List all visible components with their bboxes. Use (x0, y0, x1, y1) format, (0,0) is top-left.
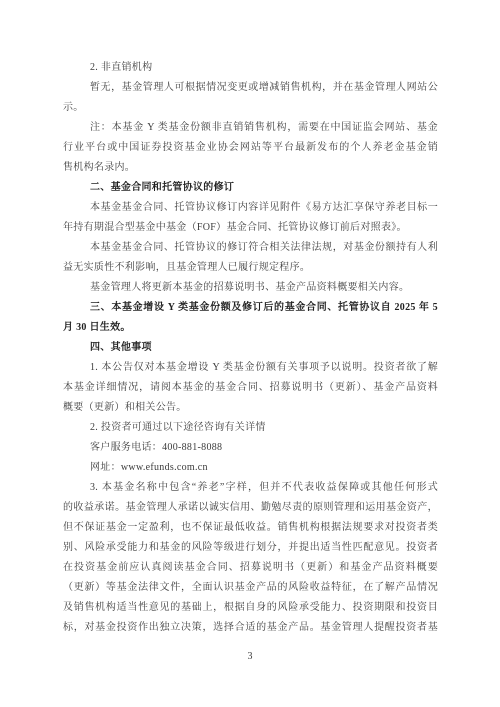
document-page: 2. 非直销机构暂无，基金管理人可根据情况变更或增减销售机构，并在基金管理人网站… (0, 0, 500, 707)
para-prospectus-update: 基金管理人将更新本基金的招募说明书、基金产品资料概要相关内容。 (63, 278, 438, 298)
text-line: 行业平台或中国证券投资基金业协会网站等平台最新发布的个人养老金基金销 (63, 138, 438, 158)
text-line: 别、风险承受能力和基金的风险等级进行划分，并提出适当性匹配意见。投资者 (63, 538, 438, 558)
text-line: 二、基金合同和托管协议的修订 (63, 178, 438, 198)
para-other-1-scope: 1. 本公告仅对本基金增设 Y 类基金份额有关事项予以说明。投资者欲了解本基金详… (63, 358, 438, 418)
text-line: 的收益承诺。基金管理人承诺以诚实信用、勤勉尽责的原则管理和运用基金资产， (63, 498, 438, 518)
para-other-3-risk-disclosure: 3. 本基金名称中包含“养老”字样，但并不代表收益保障或其他任何形式的收益承诺。… (63, 478, 438, 638)
section-4-heading-other-matters: 四、其他事项 (63, 338, 438, 358)
text-line: 概要（更新）和相关公告。 (63, 398, 438, 418)
text-line: 基金管理人将更新本基金的招募说明书、基金产品资料概要相关内容。 (63, 278, 438, 298)
para-service-phone: 客户服务电话：400-881-8088 (63, 438, 438, 458)
text-line: 注：本基金 Y 类基金份额非直销销售机构，需要在中国证监会网站、基金 (63, 118, 438, 138)
para-website: 网址：www.efunds.com.cn (63, 458, 438, 478)
text-line: 四、其他事项 (63, 338, 438, 358)
text-line: 2. 投资者可通过以下途径咨询有关详情 (63, 418, 438, 438)
text-line: 本基金详细情况，请阅本基金的基金合同、招募说明书（更新）、基金产品资料 (63, 378, 438, 398)
para-amendment-compliance: 本基金基金合同、托管协议的修订符合相关法律法规，对基金份额持有人利益无实质性不利… (63, 238, 438, 278)
section-2-heading-contract-amendment: 二、基金合同和托管协议的修订 (63, 178, 438, 198)
text-line: 售机构名录内。 (63, 158, 438, 178)
text-line: （更新）等基金法律文件，全面认识基金产品的风险收益特征，在了解产品情况 (63, 578, 438, 598)
para-amendment-appendix: 本基金基金合同、托管协议修订内容详见附件《易方达汇享保守养老目标一年持有期混合型… (63, 198, 438, 238)
text-line: 暂无，基金管理人可根据情况变更或增减销售机构，并在基金管理人网站公 (63, 78, 438, 98)
para-note-y-share-agencies: 注：本基金 Y 类基金份额非直销销售机构，需要在中国证监会网站、基金行业平台或中… (63, 118, 438, 178)
text-line: 网址：www.efunds.com.cn (63, 458, 438, 478)
text-line: 益无实质性不利影响，且基金管理人已履行规定程序。 (63, 258, 438, 278)
text-line: 标，对基金投资作出独立决策，选择合适的基金产品。基金管理人提醒投资者基 (63, 618, 438, 638)
text-line: 及销售机构适当性意见的基础上，根据自身的风险承受能力、投资期限和投资目 (63, 598, 438, 618)
text-line: 年持有期混合型基金中基金（FOF）基金合同、托管协议修订前后对照表》。 (63, 218, 438, 238)
text-line: 本基金基金合同、托管协议修订内容详见附件《易方达汇享保守养老目标一 (63, 198, 438, 218)
list-item-2-non-direct-sales-heading: 2. 非直销机构 (63, 58, 438, 78)
page-number: 3 (0, 650, 500, 664)
text-line: 三、本基金增设 Y 类基金份额及修订后的基金合同、托管协议自 2025 年 5 (63, 298, 438, 318)
text-line: 1. 本公告仅对本基金增设 Y 类基金份额有关事项予以说明。投资者欲了解 (63, 358, 438, 378)
text-line: 3. 本基金名称中包含“养老”字样，但并不代表收益保障或其他任何形式 (63, 478, 438, 498)
section-3-heading-effective-date: 三、本基金增设 Y 类基金份额及修订后的基金合同、托管协议自 2025 年 5月… (63, 298, 438, 338)
para-other-2-consultation: 2. 投资者可通过以下途径咨询有关详情 (63, 418, 438, 438)
text-line: 在投资基金前应认真阅读基金合同、招募说明书（更新）和基金产品资料概要 (63, 558, 438, 578)
para-no-non-direct-agency: 暂无，基金管理人可根据情况变更或增减销售机构，并在基金管理人网站公示。 (63, 78, 438, 118)
text-line: 2. 非直销机构 (63, 58, 438, 78)
text-line: 月 30 日生效。 (63, 318, 438, 338)
document-body: 2. 非直销机构暂无，基金管理人可根据情况变更或增减销售机构，并在基金管理人网站… (63, 58, 438, 638)
text-line: 本基金基金合同、托管协议的修订符合相关法律法规，对基金份额持有人利 (63, 238, 438, 258)
text-line: 客户服务电话：400-881-8088 (63, 438, 438, 458)
text-line: 但不保证基金一定盈利，也不保证最低收益。销售机构根据法规要求对投资者类 (63, 518, 438, 538)
text-line: 示。 (63, 98, 438, 118)
